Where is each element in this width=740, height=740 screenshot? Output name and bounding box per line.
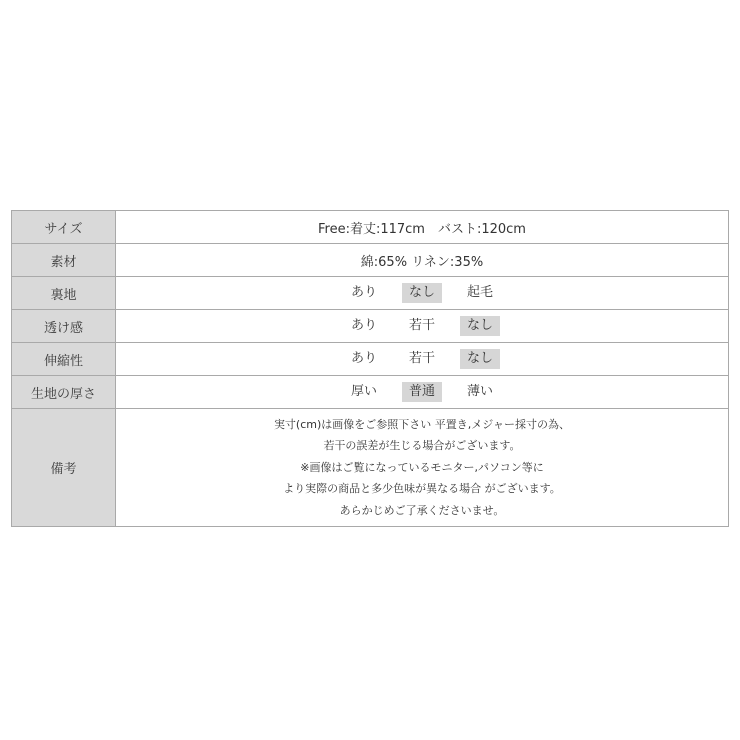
spec-label-lining: 裏地 xyxy=(12,277,116,310)
option-lining-kimou: 起毛 xyxy=(460,283,500,303)
option-thickness-thin: 薄い xyxy=(460,382,500,402)
option-stretch-jakkan: 若干 xyxy=(402,349,442,369)
option-sheerness-nashi-selected: なし xyxy=(460,316,500,336)
spec-value-size: Free:着丈:117cm バスト:120cm xyxy=(116,211,729,244)
spec-row-notes: 備考 実寸(cm)は画像をご参照下さい 平置き,メジャー採寸の為、 若干の誤差が… xyxy=(12,409,729,527)
spec-label-stretch: 伸縮性 xyxy=(12,343,116,376)
spec-value-thickness: 厚い 普通 薄い xyxy=(116,376,729,409)
spec-label-notes: 備考 xyxy=(12,409,116,527)
notes-line-4: より実際の商品と多少色味が異なる場合 がございます。 xyxy=(116,478,728,500)
spec-value-notes: 実寸(cm)は画像をご参照下さい 平置き,メジャー採寸の為、 若干の誤差が生じる… xyxy=(116,409,729,527)
sheerness-options: あり 若干 なし xyxy=(344,316,500,336)
spec-row-material: 素材 綿:65% リネン:35% xyxy=(12,244,729,277)
notes-line-1: 実寸(cm)は画像をご参照下さい 平置き,メジャー採寸の為、 xyxy=(116,414,728,436)
option-lining-ari: あり xyxy=(344,283,384,303)
spec-value-material: 綿:65% リネン:35% xyxy=(116,244,729,277)
notes-text: 実寸(cm)は画像をご参照下さい 平置き,メジャー採寸の為、 若干の誤差が生じる… xyxy=(116,414,728,522)
option-stretch-nashi-selected: なし xyxy=(460,349,500,369)
lining-options: あり なし 起毛 xyxy=(344,283,500,303)
spec-row-size: サイズ Free:着丈:117cm バスト:120cm xyxy=(12,211,729,244)
spec-value-sheerness: あり 若干 なし xyxy=(116,310,729,343)
spec-label-material: 素材 xyxy=(12,244,116,277)
option-stretch-ari: あり xyxy=(344,349,384,369)
thickness-options: 厚い 普通 薄い xyxy=(344,382,500,402)
notes-line-3: ※画像はご覧になっているモニター,パソコン等に xyxy=(116,457,728,479)
spec-label-sheerness: 透け感 xyxy=(12,310,116,343)
option-thickness-thick: 厚い xyxy=(344,382,384,402)
spec-value-lining: あり なし 起毛 xyxy=(116,277,729,310)
notes-line-5: あらかじめご了承くださいませ。 xyxy=(116,500,728,522)
product-spec-table: サイズ Free:着丈:117cm バスト:120cm 素材 綿:65% リネン… xyxy=(11,210,729,527)
spec-value-stretch: あり 若干 なし xyxy=(116,343,729,376)
spec-label-size: サイズ xyxy=(12,211,116,244)
option-sheerness-jakkan: 若干 xyxy=(402,316,442,336)
option-lining-nashi-selected: なし xyxy=(402,283,442,303)
option-thickness-normal-selected: 普通 xyxy=(402,382,442,402)
spec-row-thickness: 生地の厚さ 厚い 普通 薄い xyxy=(12,376,729,409)
stretch-options: あり 若干 なし xyxy=(344,349,500,369)
spec-row-lining: 裏地 あり なし 起毛 xyxy=(12,277,729,310)
spec-label-thickness: 生地の厚さ xyxy=(12,376,116,409)
spec-row-sheerness: 透け感 あり 若干 なし xyxy=(12,310,729,343)
notes-line-2: 若干の誤差が生じる場合がございます。 xyxy=(116,435,728,457)
spec-row-stretch: 伸縮性 あり 若干 なし xyxy=(12,343,729,376)
option-sheerness-ari: あり xyxy=(344,316,384,336)
